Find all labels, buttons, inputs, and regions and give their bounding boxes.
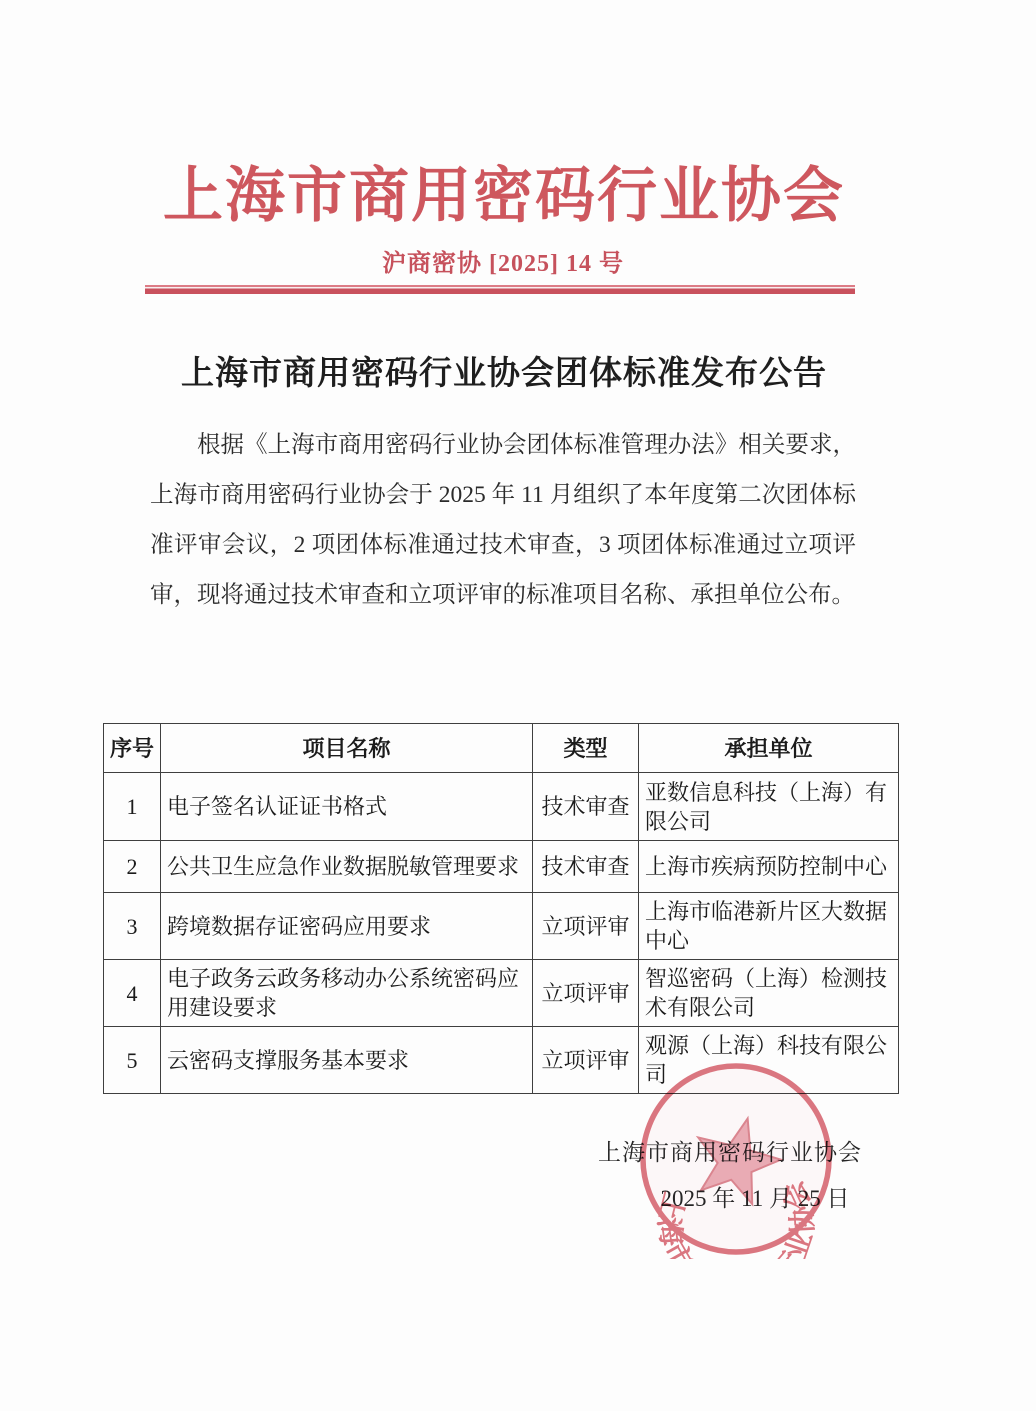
official-seal-stamp: 上海市商用密码行业协会 — [636, 1059, 836, 1259]
table-header-row: 序号 项目名称 类型 承担单位 — [104, 724, 899, 773]
project-name: 公共卫生应急作业数据脱敏管理要求 — [161, 841, 533, 893]
project-name: 电子签名认证证书格式 — [161, 773, 533, 841]
letterhead-red-rule — [145, 285, 855, 294]
col-header-type: 类型 — [533, 724, 639, 773]
unit-name: 智巡密码（上海）检测技术有限公司 — [639, 960, 899, 1027]
unit-name: 上海市疾病预防控制中心 — [639, 841, 899, 893]
letterhead-org-title: 上海市商用密码行业协会 — [0, 148, 1008, 234]
announcement-title: 上海市商用密码行业协会团体标准发布公告 — [0, 347, 1008, 394]
row-index: 4 — [104, 960, 161, 1027]
review-type: 技术审查 — [533, 841, 639, 893]
review-type: 立项评审 — [533, 1027, 639, 1094]
row-index: 2 — [104, 841, 161, 893]
row-index: 5 — [104, 1027, 161, 1094]
unit-name: 上海市临港新片区大数据中心 — [639, 893, 899, 960]
announcement-body: 根据《上海市商用密码行业协会团体标准管理办法》相关要求，上海市商用密码行业协会于… — [150, 420, 856, 620]
col-header-unit: 承担单位 — [639, 724, 899, 773]
document-number: 沪商密协 [2025] 14 号 — [0, 243, 1006, 278]
review-type: 立项评审 — [533, 960, 639, 1027]
row-index: 1 — [104, 773, 161, 841]
table-row: 2 公共卫生应急作业数据脱敏管理要求 技术审查 上海市疾病预防控制中心 — [104, 841, 899, 893]
review-type: 技术审查 — [533, 773, 639, 841]
project-name: 云密码支撑服务基本要求 — [161, 1027, 533, 1094]
table-row: 4 电子政务云政务移动办公系统密码应用建设要求 立项评审 智巡密码（上海）检测技… — [104, 960, 899, 1027]
table-row: 3 跨境数据存证密码应用要求 立项评审 上海市临港新片区大数据中心 — [104, 893, 899, 960]
project-name: 跨境数据存证密码应用要求 — [161, 893, 533, 960]
project-name: 电子政务云政务移动办公系统密码应用建设要求 — [161, 960, 533, 1027]
col-header-index: 序号 — [104, 724, 161, 773]
unit-name: 亚数信息科技（上海）有限公司 — [639, 773, 899, 841]
row-index: 3 — [104, 893, 161, 960]
review-type: 立项评审 — [533, 893, 639, 960]
table-row: 1 电子签名认证证书格式 技术审查 亚数信息科技（上海）有限公司 — [104, 773, 899, 841]
col-header-project-name: 项目名称 — [161, 724, 533, 773]
standards-table: 序号 项目名称 类型 承担单位 1 电子签名认证证书格式 技术审查 亚数信息科技… — [103, 723, 899, 1094]
document-page: 上海市商用密码行业协会 沪商密协 [2025] 14 号 上海市商用密码行业协会… — [0, 0, 1036, 1411]
